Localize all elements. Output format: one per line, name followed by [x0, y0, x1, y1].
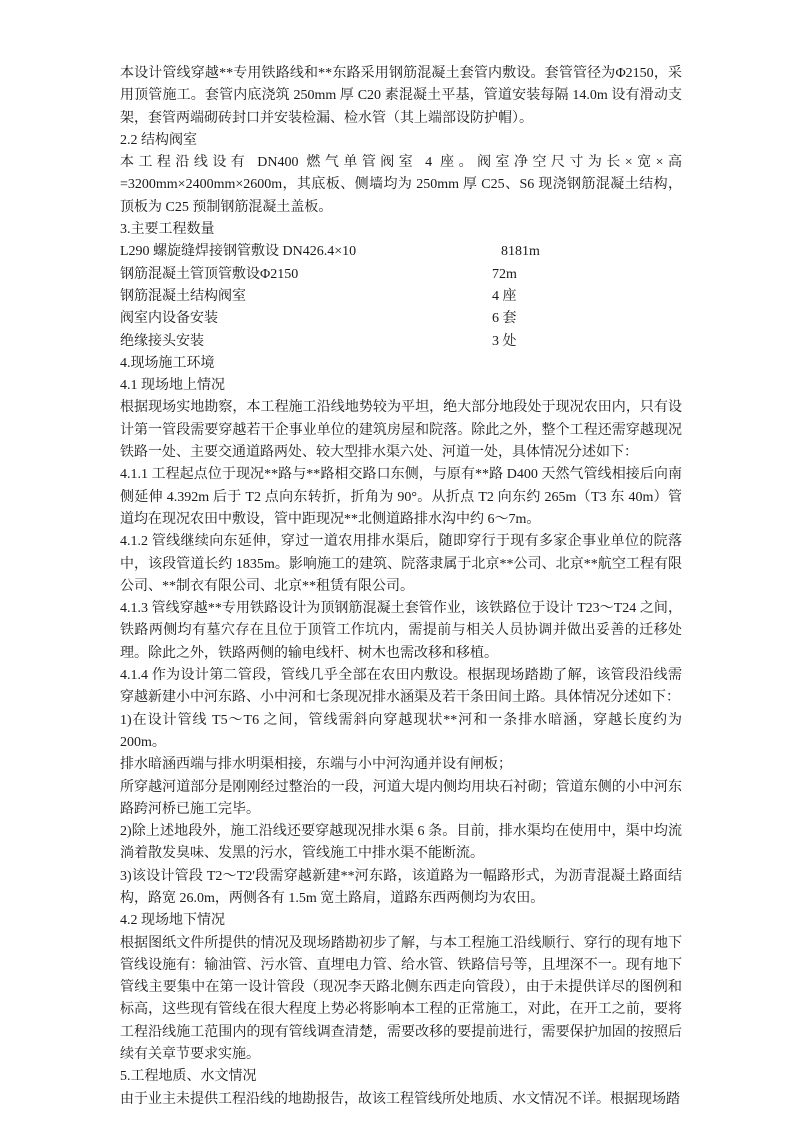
quantity-row: 阀室内设备安装 6 套 — [120, 308, 682, 330]
quantity-amount: 4 座 — [492, 286, 517, 308]
paragraph-valve-room: 本工程沿线设有 DN400 燃气单管阀室 4 座。阀室净空尺寸为长×宽×高=32… — [120, 152, 682, 219]
heading-3-quantities: 3.主要工程数量 — [120, 219, 682, 241]
quantity-amount: 6 套 — [492, 308, 517, 330]
quantity-item: 钢筋混凝土结构阀室 — [120, 289, 246, 304]
heading-4-site-environment: 4.现场施工环境 — [120, 353, 682, 375]
quantity-amount: 8181m — [501, 241, 540, 263]
quantity-item: 阀室内设备安装 — [120, 311, 218, 326]
heading-5-geology-hydrology: 5.工程地质、水文情况 — [120, 1066, 682, 1088]
quantity-amount: 3 处 — [492, 331, 517, 353]
quantity-row: 绝缘接头安装 3 处 — [120, 331, 682, 353]
paragraph-casing-pipe: 本设计管线穿越**专用铁路线和**东路采用钢筋混凝土套管内敷设。套管管径为Φ21… — [120, 63, 682, 130]
list-item-2: 2)除上述地段外，施工沿线还要穿越现况排水渠 6 条。目前，排水渠均在使用中，渠… — [120, 821, 682, 866]
paragraph-4-1-2: 4.1.2 管线继续向东延伸，穿过一道农用排水渠后，随即穿行于现有多家企事业单位… — [120, 531, 682, 598]
list-item-1: 1)在设计管线 T5～T6 之间，管线需斜向穿越现状**河和一条排水暗涵，穿越长… — [120, 710, 682, 755]
list-item-1-culvert: 排水暗涵西端与排水明渠相接，东端与小中河沟通并设有闸板； — [120, 754, 682, 776]
list-item-3: 3)该设计管段 T2～T2'段需穿越新建**河东路，该道路为一幅路形式，为沥青混… — [120, 866, 682, 911]
paragraph-4-1-1: 4.1.1 工程起点位于现况**路与**路相交路口东侧，与原有**路 D400 … — [120, 464, 682, 531]
paragraph-underground: 根据图纸文件所提供的情况及现场踏勘初步了解，与本工程施工沿线顺行、穿行的现有地下… — [120, 933, 682, 1067]
paragraph-4-1-3: 4.1.3 管线穿越**专用铁路设计为顶钢筋混凝土套管作业，该铁路位于设计 T2… — [120, 598, 682, 665]
paragraph-geology: 由于业主未提供工程沿线的地勘报告，故该工程管线所处地质、水文情况不详。根据现场踏 — [120, 1089, 682, 1111]
quantity-item: L290 螺旋缝焊接钢管敷设 DN426.4×10 — [120, 244, 356, 259]
quantities-list: L290 螺旋缝焊接钢管敷设 DN426.4×10 8181m 钢筋混凝土管顶管… — [120, 241, 682, 352]
quantity-row: L290 螺旋缝焊接钢管敷设 DN426.4×10 8181m — [120, 241, 682, 263]
heading-4-2-underground: 4.2 现场地下情况 — [120, 910, 682, 932]
document-page: 本设计管线穿越**专用铁路线和**东路采用钢筋混凝土套管内敷设。套管管径为Φ21… — [120, 63, 682, 1111]
quantity-amount: 72m — [492, 264, 517, 286]
quantity-item: 钢筋混凝土管顶管敷设Φ2150 — [120, 267, 298, 282]
paragraph-above-ground: 根据现场实地勘察，本工程施工沿线地势较为平坦，绝大部分地段处于现况农田内，只有设… — [120, 397, 682, 464]
quantity-item: 绝缘接头安装 — [120, 334, 204, 349]
quantity-row: 钢筋混凝土管顶管敷设Φ2150 72m — [120, 264, 682, 286]
heading-2-2-valve-room: 2.2 结构阀室 — [120, 130, 682, 152]
paragraph-4-1-4: 4.1.4 作为设计第二管段，管线几乎全部在农田内敷设。根据现场踏勘了解，该管段… — [120, 665, 682, 710]
list-item-1-river: 所穿越河道部分是刚刚经过整治的一段，河道大堤内侧均用块石衬砌；管道东侧的小中河东… — [120, 777, 682, 822]
quantity-row: 钢筋混凝土结构阀室 4 座 — [120, 286, 682, 308]
heading-4-1-above-ground: 4.1 现场地上情况 — [120, 375, 682, 397]
